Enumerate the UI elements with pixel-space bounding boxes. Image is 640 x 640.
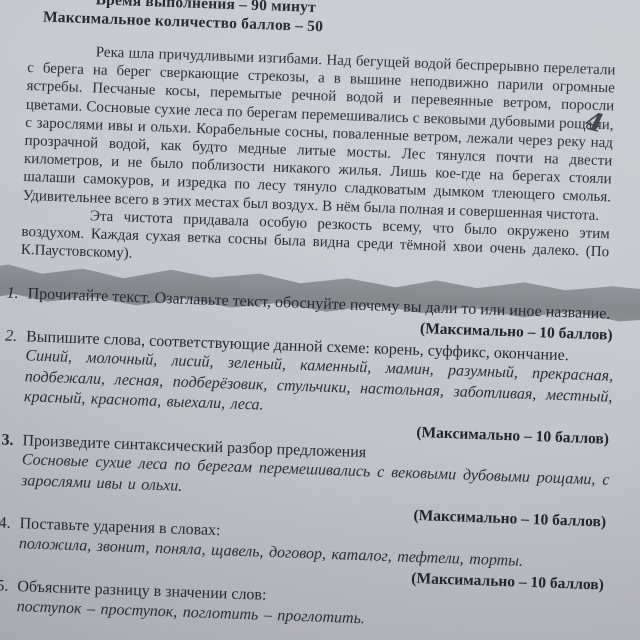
passage-paragraph-1: Река шла причудливыми изгибами. Над бегу… (22, 41, 615, 225)
top-sheet-content: Время выполнения – 90 минут Максимальное… (21, 0, 618, 280)
exam-paper-photo: Время выполнения – 90 минут Максимальное… (0, 0, 640, 640)
question-number: 5. (0, 576, 18, 617)
question-detail: поступок – проступок, поглотить – прогло… (16, 597, 604, 638)
question-number: 3. (0, 429, 23, 491)
reading-passage: Река шла причудливыми изгибами. Над бегу… (21, 41, 616, 280)
question-number: 4. (0, 513, 20, 554)
question-number: 1. (0, 283, 28, 304)
question-number: 2. (0, 325, 26, 407)
questions-section: 1. Прочитайте текст. Озаглавьте текст, о… (0, 283, 640, 639)
